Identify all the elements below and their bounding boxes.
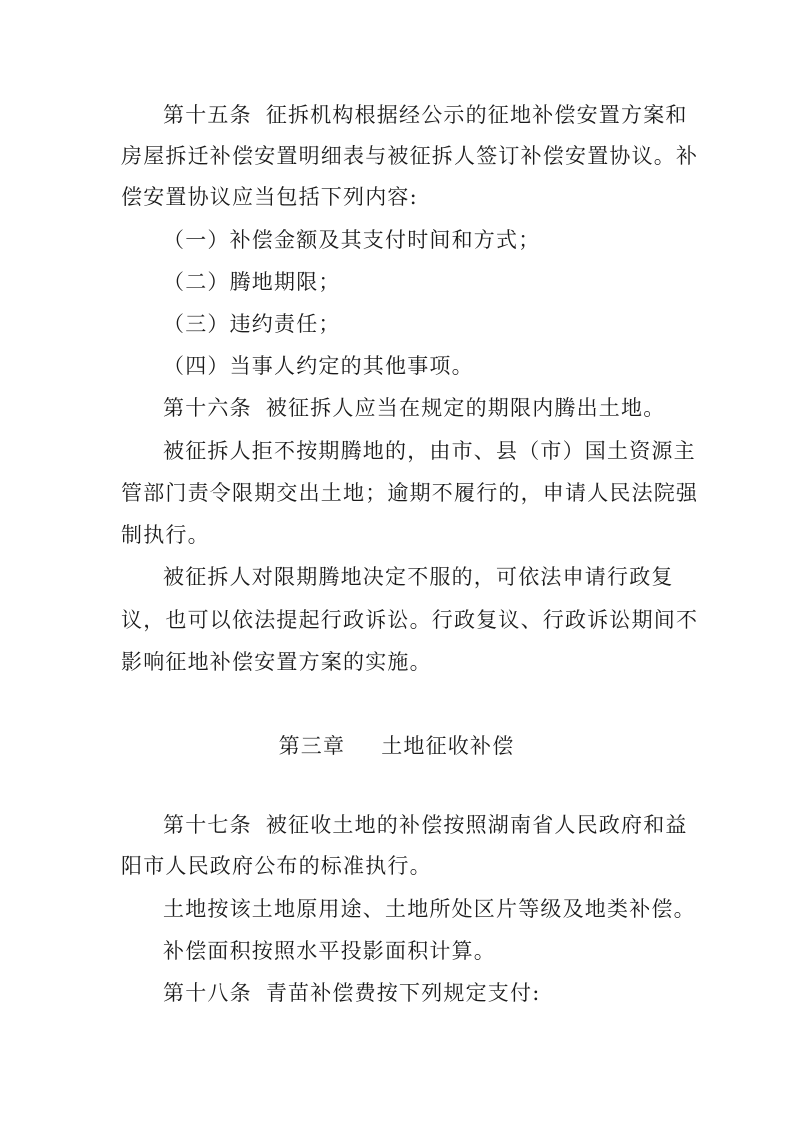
article-17-p2: 土地按该土地原用途、土地所处区片等级及地类补偿。 [163,895,696,923]
article-16-p3-line-3: 影响征地补偿安置方案的实施。 [121,648,432,676]
document-page: 第十五条征拆机构根据经公示的征地补偿安置方案和 房屋拆迁补偿安置明细表与被征拆人… [0,0,793,1122]
article-17-line-2: 阳市人民政府公布的标准执行。 [121,852,432,880]
article-15-item-4: （四）当事人约定的其他事项。 [163,352,474,380]
article-15-line-1: 第十五条征拆机构根据经公示的征地补偿安置方案和 [163,101,688,129]
article-18-heading: 第十八条 [163,981,252,1005]
chapter-title: 土地征收补偿 [381,734,514,758]
article-15-item-2: （二）腾地期限； [163,268,341,296]
article-16-p2-line-1: 被征拆人拒不按期腾地的，由市、县（市）国土资源主 [163,437,696,465]
article-15-heading: 第十五条 [163,103,252,127]
article-16-p3-line-1: 被征拆人对限期腾地决定不服的，可依法申请行政复 [163,563,674,591]
article-15-line-2: 房屋拆迁补偿安置明细表与被征拆人签订补偿安置协议。补 [121,142,698,170]
article-15-item-3: （三）违约责任； [163,310,341,338]
article-16-p2-line-3: 制执行。 [121,521,210,549]
article-17-p3: 补偿面积按照水平投影面积计算。 [163,937,496,965]
article-16-p2-line-2: 管部门责令限期交出土地；逾期不履行的，申请人民法院强 [121,479,698,507]
article-16-heading: 第十六条 [163,396,252,420]
article-17-line-1: 第十七条被征收土地的补偿按照湖南省人民政府和益 [163,811,688,839]
article-15-line-3: 偿安置协议应当包括下列内容: [121,183,418,211]
article-17-heading: 第十七条 [163,813,252,837]
article-16-line-1: 第十六条被征拆人应当在规定的期限内腾出土地。 [163,394,665,422]
chapter-number: 第三章 [279,734,346,758]
article-18-line-1: 第十八条青苗补偿费按下列规定支付: [163,979,541,1007]
chapter-3-heading: 第三章土地征收补偿 [0,732,793,760]
article-15-item-1: （一）补偿金额及其支付时间和方式； [163,226,540,254]
article-16-p3-line-2: 议，也可以依法提起行政诉讼。行政复议、行政诉讼期间不 [121,606,698,634]
